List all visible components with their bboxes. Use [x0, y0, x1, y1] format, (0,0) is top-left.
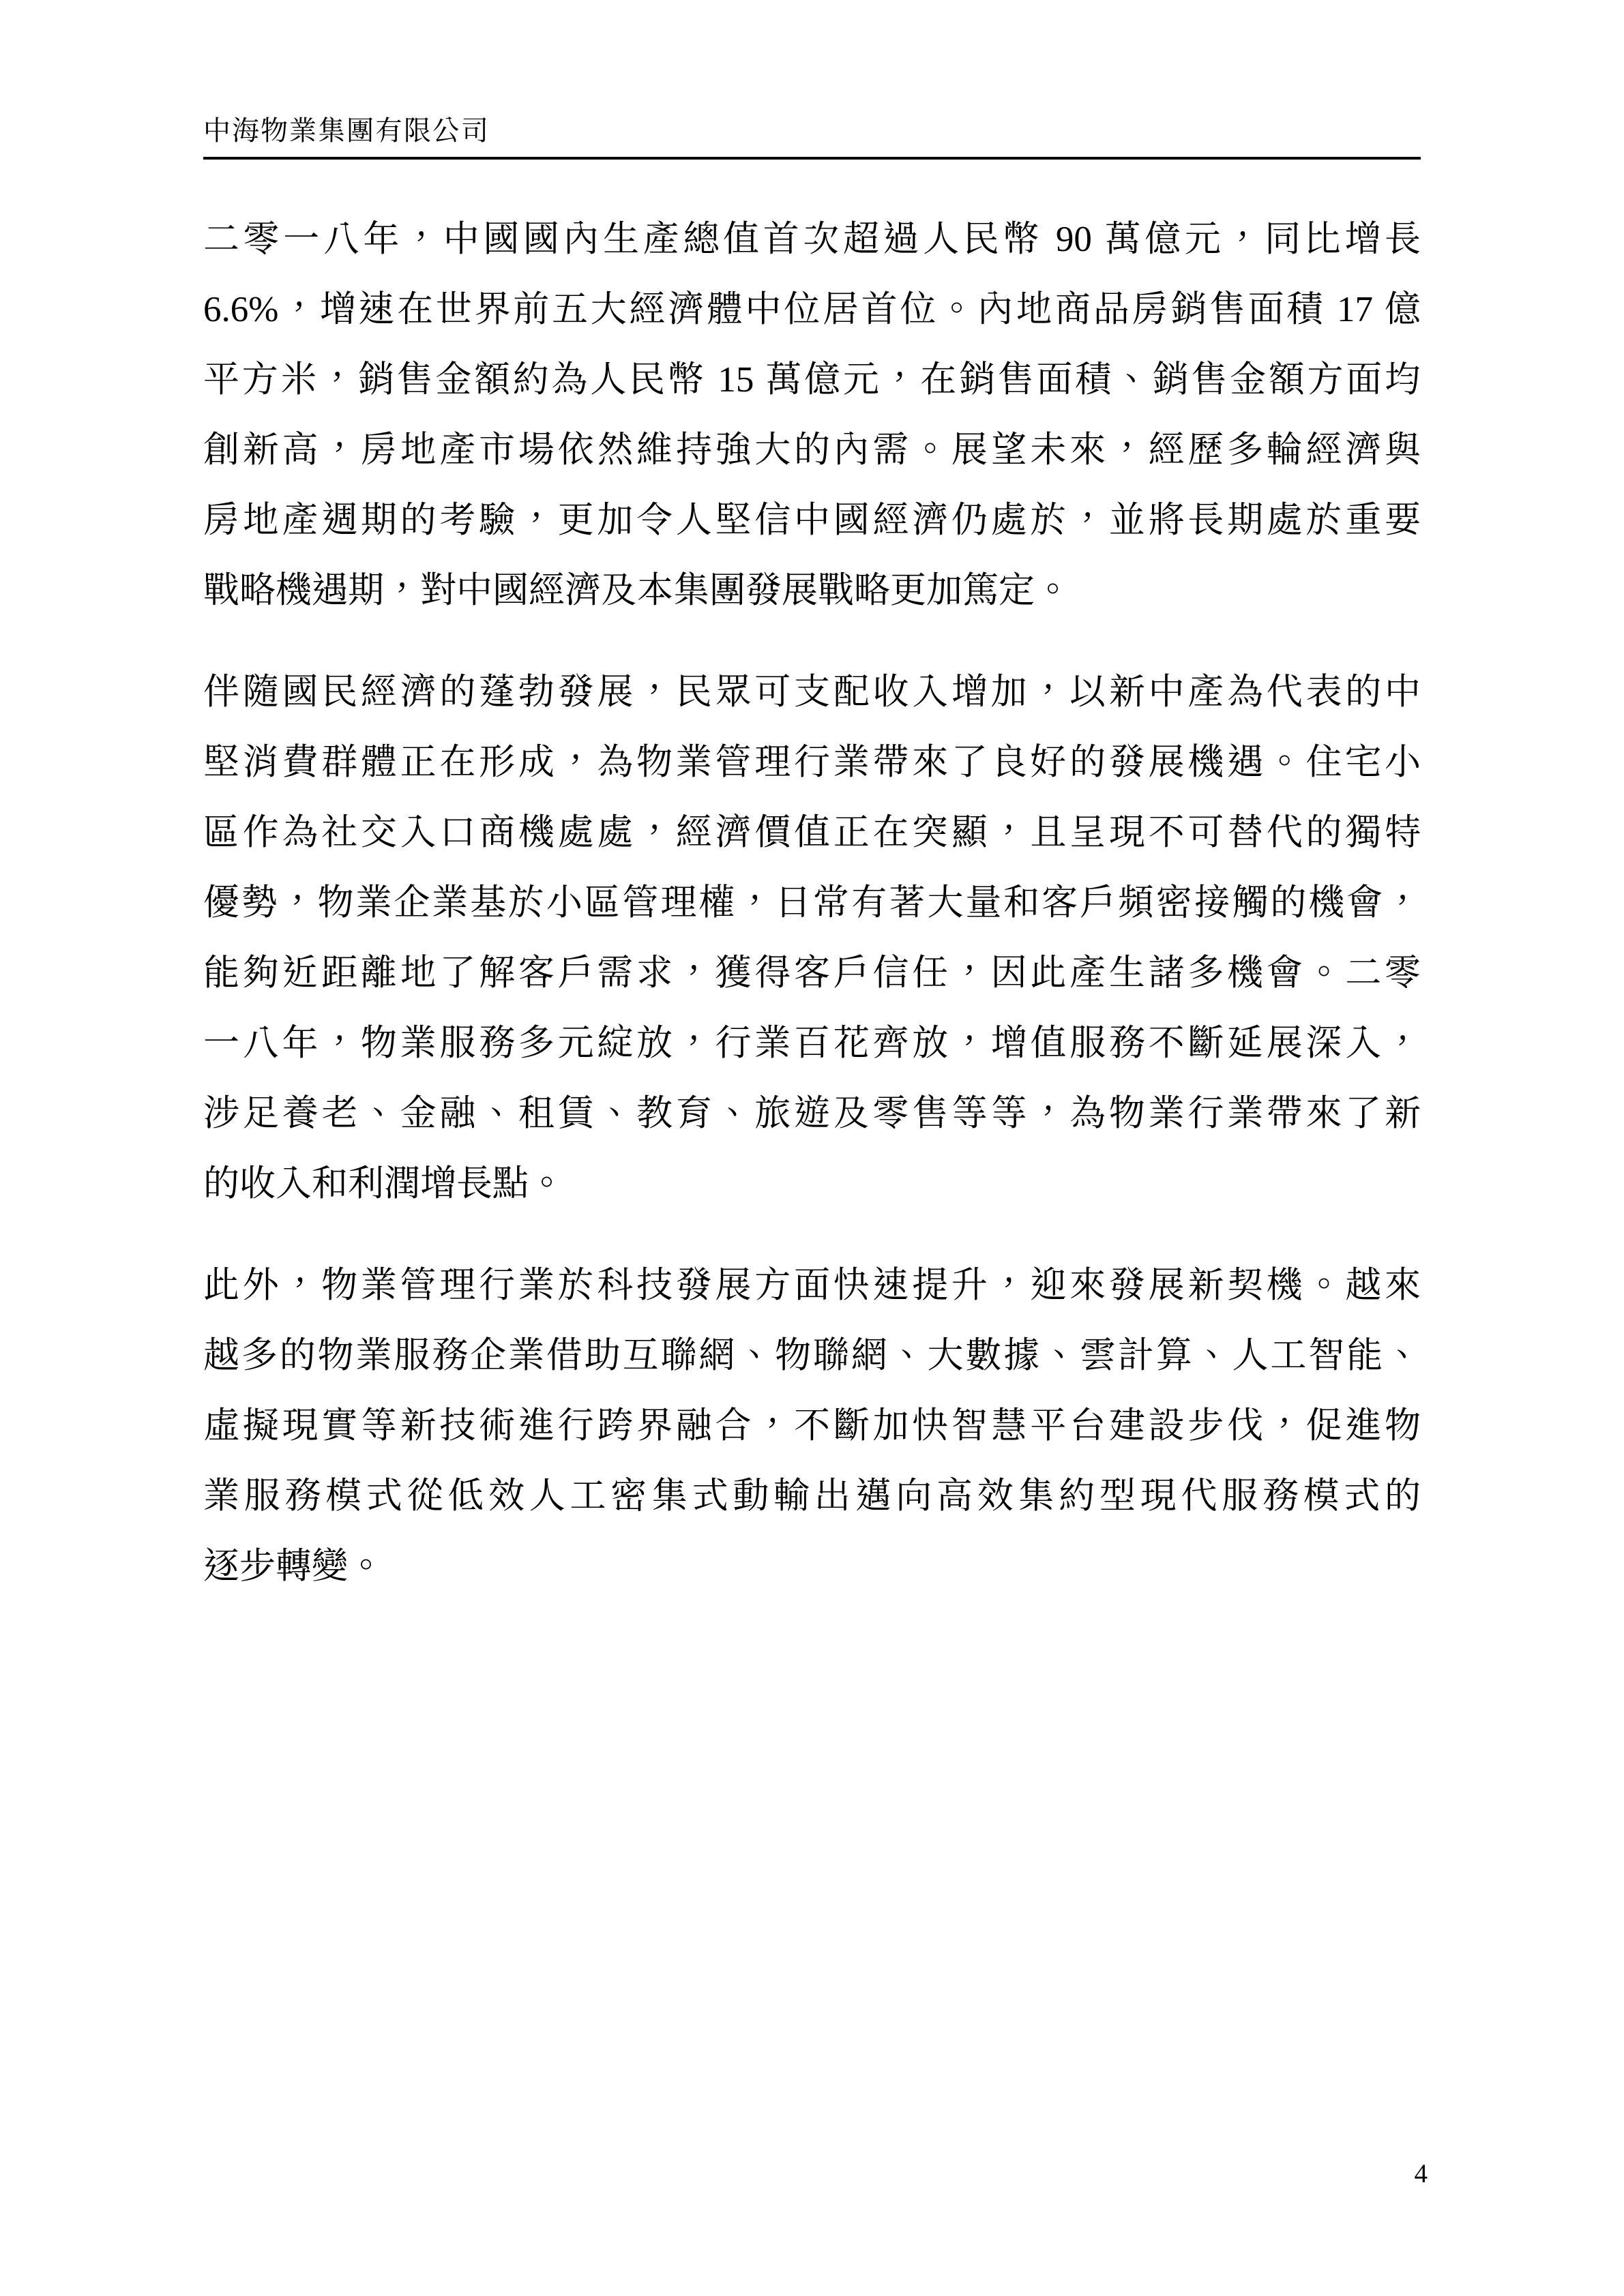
body-line: 戰略機遇期，對中國經濟及本集團發展戰略更加篤定。: [203, 556, 1421, 626]
body-line: 涉足養老、金融、租賃、教育、旅遊及零售等等，為物業行業帶來了新: [203, 1079, 1421, 1149]
body-line: 優勢，物業企業基於小區管理權，日常有著大量和客戶頻密接觸的機會，: [203, 868, 1421, 938]
paragraph: 此外，物業管理行業於科技發展方面快速提升，迎來發展新契機。越來 越多的物業服務企…: [203, 1251, 1421, 1602]
body-line: 堅消費群體正在形成，為物業管理行業帶來了良好的發展機遇。住宅小: [203, 728, 1421, 798]
page-number: 4: [1415, 2160, 1428, 2187]
body-line: 越多的物業服務企業借助互聯網、物聯網、大數據、雲計算、人工智能、: [203, 1321, 1421, 1391]
body-line: 此外，物業管理行業於科技發展方面快速提升，迎來發展新契機。越來: [203, 1251, 1421, 1321]
paragraph: 二零一八年，中國國內生產總值首次超過人民幣 90 萬億元，同比增長 6.6%，增…: [203, 205, 1421, 626]
document-body: 二零一八年，中國國內生產總值首次超過人民幣 90 萬億元，同比增長 6.6%，增…: [203, 205, 1421, 1602]
body-line: 的收入和利潤增長點。: [203, 1149, 1421, 1219]
body-line: 創新高，房地產市場依然維持強大的內需。展望未來，經歷多輪經濟與: [203, 415, 1421, 486]
company-name: 中海物業集團有限公司: [203, 116, 1421, 146]
page-content: 中海物業集團有限公司 二零一八年，中國國內生產總值首次超過人民幣 90 萬億元，…: [0, 0, 1624, 1602]
body-line: 逐步轉變。: [203, 1532, 1421, 1602]
body-line: 能夠近距離地了解客戶需求，獲得客戶信任，因此產生諸多機會。二零: [203, 938, 1421, 1009]
document-page: 中海物業集團有限公司 二零一八年，中國國內生產總值首次超過人民幣 90 萬億元，…: [0, 0, 1624, 2296]
body-line: 業服務模式從低效人工密集式動輸出邁向高效集約型現代服務模式的: [203, 1461, 1421, 1532]
body-line: 房地產週期的考驗，更加令人堅信中國經濟仍處於，並將長期處於重要: [203, 486, 1421, 556]
body-line: 平方米，銷售金額約為人民幣 15 萬億元，在銷售面積、銷售金額方面均: [203, 345, 1421, 415]
body-line: 區作為社交入口商機處處，經濟價值正在突顯，且呈現不可替代的獨特: [203, 798, 1421, 868]
page-header: 中海物業集團有限公司: [203, 0, 1421, 160]
body-line: 一八年，物業服務多元綻放，行業百花齊放，增值服務不斷延展深入，: [203, 1009, 1421, 1079]
body-line: 伴隨國民經濟的蓬勃發展，民眾可支配收入增加，以新中產為代表的中: [203, 657, 1421, 728]
body-line: 虛擬現實等新技術進行跨界融合，不斷加快智慧平台建設步伐，促進物: [203, 1391, 1421, 1461]
body-line: 二零一八年，中國國內生產總值首次超過人民幣 90 萬億元，同比增長: [203, 205, 1421, 275]
paragraph: 伴隨國民經濟的蓬勃發展，民眾可支配收入增加，以新中產為代表的中 堅消費群體正在形…: [203, 657, 1421, 1219]
header-rule: [203, 157, 1421, 160]
body-line: 6.6%，增速在世界前五大經濟體中位居首位。內地商品房銷售面積 17 億: [203, 275, 1421, 345]
